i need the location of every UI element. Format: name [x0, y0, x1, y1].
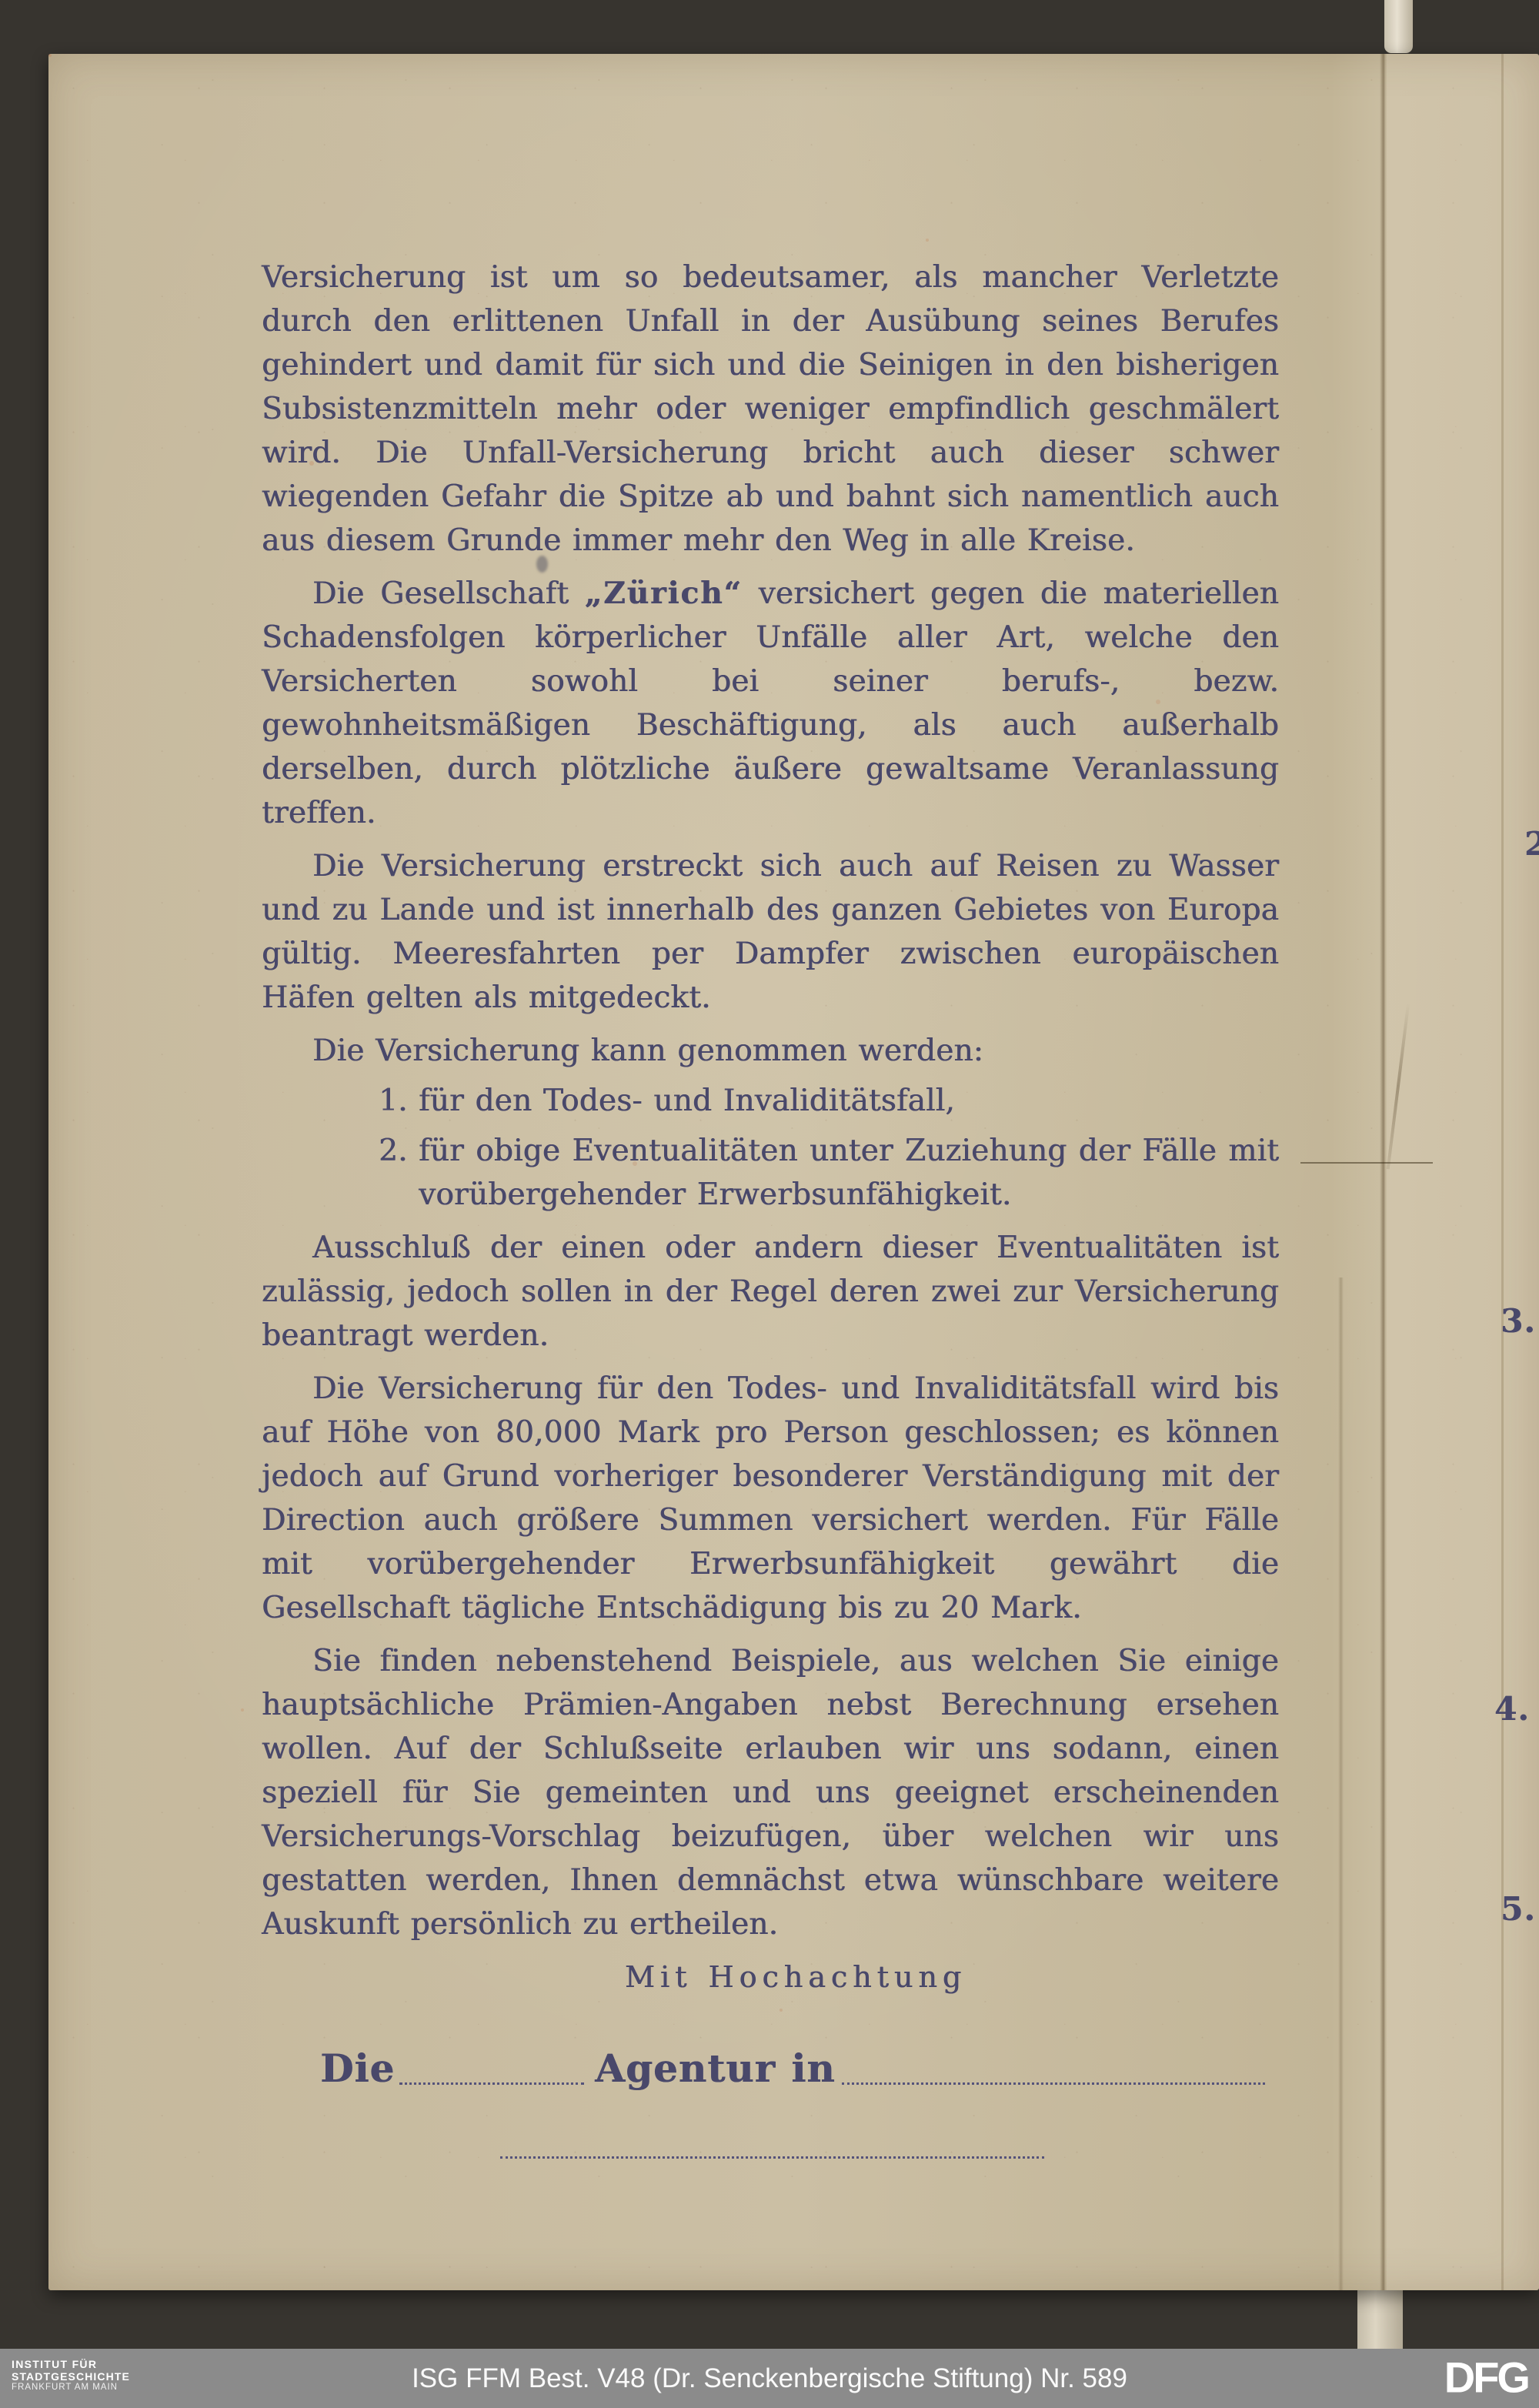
- institute-logo: INSTITUT FÜR STADTGESCHICHTE FRANKFURT A…: [12, 2359, 130, 2393]
- list-item-text: für obige Eventualitäten unter Zuziehung…: [419, 1129, 1279, 1217]
- list-item: 1. für den Todes- und Invaliditätsfall,: [262, 1079, 1279, 1123]
- agency-fill-line: [500, 2156, 1044, 2159]
- paragraph-1: Versicherung ist um so bedeutsamer, als …: [262, 255, 1279, 563]
- dfg-logo: DFG: [1444, 2352, 1528, 2402]
- list-item-number: 2.: [379, 1129, 419, 1217]
- margin-number: 2: [1524, 825, 1539, 863]
- book-cradle-rod-bottom: [1357, 2283, 1403, 2350]
- list-item-text: für den Todes- und Invaliditätsfall,: [419, 1079, 1279, 1123]
- list-item-number: 1.: [379, 1079, 419, 1123]
- paragraph-2-start: Die Gesellschaft: [312, 576, 585, 611]
- company-name: „Zürich“: [585, 576, 743, 611]
- insurance-options-list: 1. für den Todes- und Invaliditätsfall, …: [262, 1079, 1279, 1217]
- book-cradle-rod-top: [1384, 0, 1413, 53]
- paper-flecks: [48, 54, 52, 57]
- signature-die-label: Die: [320, 2046, 395, 2092]
- margin-number: 3.: [1501, 1302, 1536, 1340]
- document-page: Versicherung ist um so bedeutsamer, als …: [48, 54, 1539, 2290]
- institute-line-2: STADTGESCHICHTE: [12, 2371, 130, 2383]
- closing-salutation: Mit Hochachtung: [262, 1955, 1279, 1999]
- page-fold-crease: [1380, 54, 1387, 2290]
- page-edge-line: [1501, 54, 1504, 2290]
- signature-agentur-label: Agentur in: [595, 2046, 835, 2092]
- margin-number: 5.: [1501, 1890, 1536, 1928]
- paragraph-7: Sie finden nebenstehend Beispiele, aus w…: [262, 1639, 1279, 1946]
- signature-fill-line-1: [399, 2082, 584, 2085]
- archive-reference: ISG FFM Best. V48 (Dr. Senckenbergische …: [412, 2363, 1127, 2394]
- next-page-edge-area: [1387, 54, 1539, 2290]
- signature-line: Die Agentur in: [320, 2046, 1265, 2092]
- paper-slit: [1300, 1162, 1433, 1164]
- paragraph-6: Die Versicherung für den Todes- und Inva…: [262, 1367, 1279, 1630]
- paragraph-5: Ausschluß der einen oder andern dieser E…: [262, 1226, 1279, 1358]
- footer-bar: INSTITUT FÜR STADTGESCHICHTE FRANKFURT A…: [0, 2349, 1539, 2408]
- scan-viewport: Versicherung ist um so bedeutsamer, als …: [0, 0, 1539, 2408]
- page-fold-crease-secondary: [1338, 1277, 1344, 2290]
- institute-line-1: INSTITUT FÜR: [12, 2359, 130, 2371]
- institute-line-3: FRANKFURT AM MAIN: [12, 2383, 130, 2393]
- list-item: 2. für obige Eventualitäten unter Zuzieh…: [262, 1129, 1279, 1217]
- paragraph-2: Die Gesellschaft „Zürich“ versichert geg…: [262, 572, 1279, 835]
- paragraph-3: Die Versicherung erstreckt sich auch auf…: [262, 844, 1279, 1020]
- signature-fill-line-2: [842, 2082, 1265, 2085]
- margin-number: 4.: [1494, 1690, 1530, 1728]
- options-intro: Die Versicherung kann genommen werden:: [262, 1029, 1279, 1073]
- paragraph-2-end: versichert gegen die materiellen Schaden…: [262, 576, 1279, 830]
- letter-body: Versicherung ist um so bedeutsamer, als …: [262, 255, 1279, 2159]
